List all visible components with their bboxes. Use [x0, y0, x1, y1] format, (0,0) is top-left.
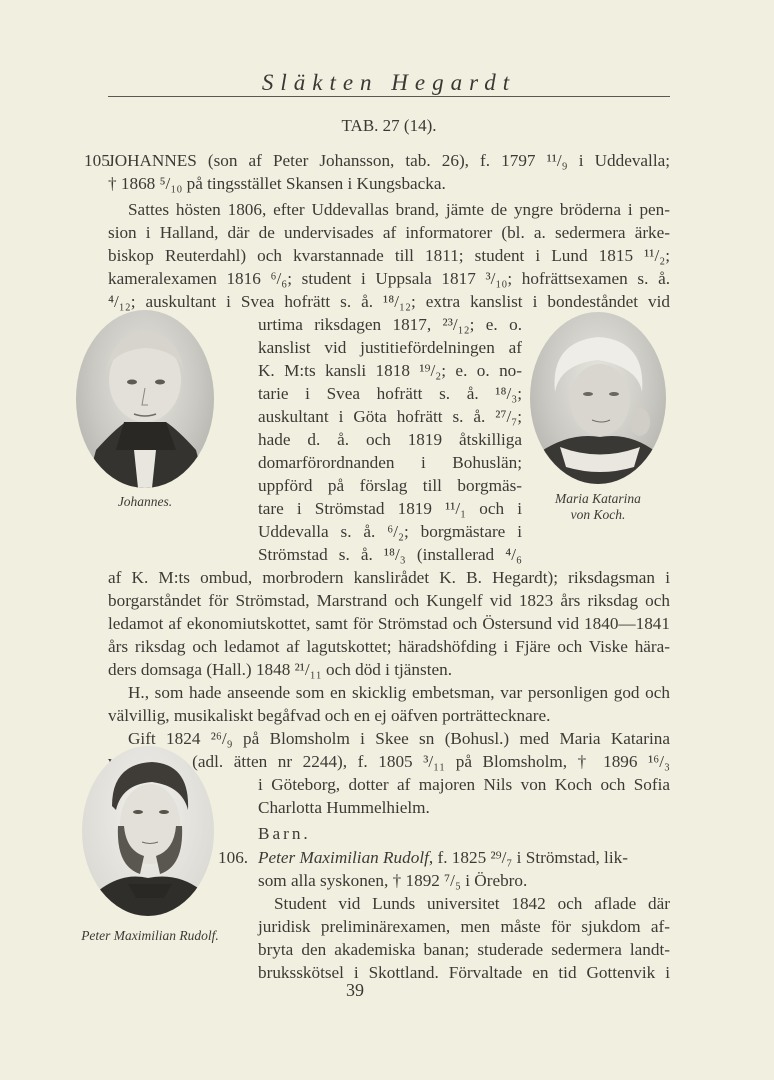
entry-line: ledamot af ekonomiutskottet, samt för St… [108, 613, 670, 635]
entry-line: Charlotta Hummelhielm. [258, 797, 670, 819]
caption-johannes: Johannes. [76, 494, 214, 510]
entry-line: som alla syskonen, † 1892 ⁷/₅ i Örebro. [258, 870, 670, 892]
entry-line: i Göteborg, dotter af majoren Nils von K… [258, 774, 670, 796]
entry-line: ders domsaga (Hall.) 1848 ²¹/₁₁ och död … [108, 659, 670, 681]
portrait-peter-maximilian-rudolf [82, 746, 214, 916]
entry-line: auskultant i Göta hofrätt s. å. ²⁷/₇; [258, 406, 522, 428]
entry-number: 106. [218, 847, 248, 869]
entry-line: Uddevalla s. å. ⁶/₂; borgmästare i [258, 521, 522, 543]
entry-line: domarförordnanden i Bohuslän; [258, 452, 522, 474]
entry-line: Sattes hösten 1806, efter Uddevallas bra… [128, 199, 670, 221]
entry-line: sion i Halland, där de undervisades af i… [108, 222, 670, 244]
portrait-peter-image [82, 746, 214, 916]
entry-line: års riksdag och ledamot af lagutskottet;… [108, 636, 670, 658]
child-name: Peter Maximilian Rudolf [258, 848, 429, 867]
portrait-johannes-image [76, 310, 214, 488]
entry-line: tare i Strömstad 1819 ¹¹/₁ och i [258, 498, 522, 520]
header-rule [108, 96, 670, 97]
entry-line: uppförd på förslag till borgmäs- [258, 475, 522, 497]
portrait-maria-katarina [530, 312, 666, 484]
entry-line: tarie i Svea hofrätt s. å. ¹⁸/₃; [258, 383, 522, 405]
entry-line: Student vid Lunds universitet 1842 och a… [274, 893, 670, 915]
entry-line: ⁴/₁₂; auskultant i Svea hofrätt s. å. ¹⁸… [108, 291, 670, 313]
entry-line: juridisk preliminärexamen, men måste för… [258, 916, 670, 938]
entry-line: † 1868 ⁵/₁₀ på tingsstället Skansen i Ku… [108, 173, 670, 195]
entry-line: K. M:ts kansli 1818 ¹⁹/₂; e. o. no- [258, 360, 522, 382]
entry-line: urtima riksdagen 1817, ²³/₁₂; e. o. [258, 314, 522, 336]
page-number: 39 [330, 980, 380, 1001]
entry-line: Strömstad s. å. ¹⁸/₃ (installerad ⁴/₆ [258, 544, 522, 566]
running-head: Släkten Hegardt [108, 70, 670, 96]
entry-line: , f. 1825 ²⁹/₇ i Strömstad, lik- [429, 848, 628, 867]
book-page: Släkten Hegardt TAB. 27 (14). 105. JOHAN… [0, 0, 774, 1080]
entry-line: bruksskötsel i Skottland. Förvaltade en … [258, 962, 670, 984]
entry-line: kanslist vid justitiefördelningen af [258, 337, 522, 359]
caption-maria-line1: Maria Katarina [520, 491, 676, 507]
entry-line: kameralexamen 1816 ⁶/₆; student i Uppsal… [108, 268, 670, 290]
entry-line: biskop Reuterdahl) och kvarstannade till… [108, 245, 670, 267]
portrait-maria-image [530, 312, 666, 484]
entry-line: välvillig, musikaliskt begåfvad och en e… [108, 705, 670, 727]
entry-line: bryta den akademiska banan; studerade se… [258, 939, 670, 961]
children-heading: Barn. [258, 823, 311, 845]
entry-line: hade d. å. och 1819 åtskilliga [258, 429, 522, 451]
entry-line: H., som hade anseende som en skicklig em… [128, 682, 670, 704]
entry-line: JOHANNES (son af Peter Johansson, tab. 2… [108, 150, 670, 172]
entry-106-first-line: Peter Maximilian Rudolf, f. 1825 ²⁹/₇ i … [258, 847, 670, 869]
tab-heading: TAB. 27 (14). [108, 116, 670, 136]
portrait-johannes [76, 310, 214, 488]
caption-maria-line2: von Koch. [520, 507, 676, 523]
entry-line: af K. M:ts ombud, morbrodern kanslirådet… [108, 567, 670, 589]
caption-peter: Peter Maximilian Rudolf. [52, 928, 248, 944]
entry-line: borgarståndet för Strömstad, Marstrand o… [108, 590, 670, 612]
entry-line-marriage: Gift 1824 ²⁶/₉ på Blomsholm i Skee sn (B… [128, 728, 670, 750]
